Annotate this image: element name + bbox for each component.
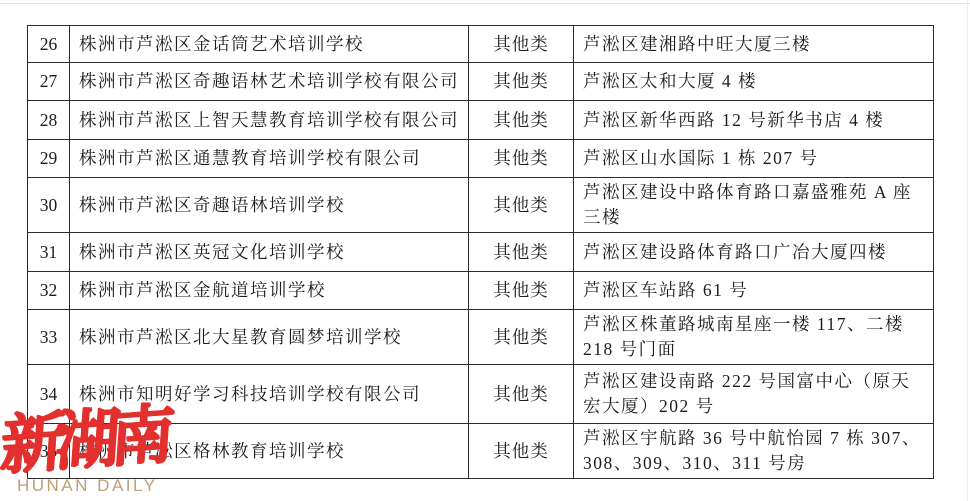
cell-school-name: 株洲市芦淞区金航道培训学校 xyxy=(70,272,469,310)
hunan-daily-logo: 新湖南 xyxy=(0,382,169,486)
table-row: 33 株洲市芦淞区北大星教育圆梦培训学校 其他类 芦淞区株董路城南星座一楼 11… xyxy=(28,310,934,365)
cell-address: 芦淞区建湘路中旺大厦三楼 xyxy=(574,26,934,63)
cell-address: 芦淞区太和大厦 4 楼 xyxy=(574,63,934,101)
cell-address: 芦淞区新华西路 12 号新华书店 4 楼 xyxy=(574,101,934,140)
cell-school-name: 株洲市芦淞区通慧教育培训学校有限公司 xyxy=(70,140,469,178)
cell-category: 其他类 xyxy=(469,424,574,479)
cell-address: 芦淞区车站路 61 号 xyxy=(574,272,934,310)
page-right-divider xyxy=(967,0,968,501)
cell-category: 其他类 xyxy=(469,26,574,63)
cell-category: 其他类 xyxy=(469,310,574,365)
page-top-divider xyxy=(0,3,970,4)
cell-category: 其他类 xyxy=(469,101,574,140)
cell-no: 32 xyxy=(28,272,70,310)
cell-school-name: 株洲市芦淞区上智天慧教育培训学校有限公司 xyxy=(70,101,469,140)
cell-no: 30 xyxy=(28,178,70,233)
cell-category: 其他类 xyxy=(469,140,574,178)
cell-address: 芦淞区建设中路体育路口嘉盛雅苑 A 座三楼 xyxy=(574,178,934,233)
cell-school-name: 株洲市芦淞区奇趣语林培训学校 xyxy=(70,178,469,233)
cell-address: 芦淞区建设南路 222 号国富中心（原天宏大厦）202 号 xyxy=(574,365,934,424)
cell-no: 33 xyxy=(28,310,70,365)
table-row: 26 株洲市芦淞区金话筒艺术培训学校 其他类 芦淞区建湘路中旺大厦三楼 xyxy=(28,26,934,63)
cell-address: 芦淞区株董路城南星座一楼 117、二楼 218 号门面 xyxy=(574,310,934,365)
cell-category: 其他类 xyxy=(469,272,574,310)
cell-address: 芦淞区建设路体育路口广冶大厦四楼 xyxy=(574,233,934,272)
cell-school-name: 株洲市芦淞区奇趣语林艺术培训学校有限公司 xyxy=(70,63,469,101)
table-row: 28 株洲市芦淞区上智天慧教育培训学校有限公司 其他类 芦淞区新华西路 12 号… xyxy=(28,101,934,140)
cell-school-name: 株洲市芦淞区北大星教育圆梦培训学校 xyxy=(70,310,469,365)
cell-no: 31 xyxy=(28,233,70,272)
table-row: 32 株洲市芦淞区金航道培训学校 其他类 芦淞区车站路 61 号 xyxy=(28,272,934,310)
cell-address: 芦淞区山水国际 1 栋 207 号 xyxy=(574,140,934,178)
cell-address: 芦淞区宇航路 36 号中航怡园 7 栋 307、308、309、310、311 … xyxy=(574,424,934,479)
cell-school-name: 株洲市芦淞区英冠文化培训学校 xyxy=(70,233,469,272)
cell-category: 其他类 xyxy=(469,233,574,272)
hunan-daily-logo-subtitle: HUNAN DAILY xyxy=(17,476,158,496)
cell-category: 其他类 xyxy=(469,365,574,424)
table-row: 29 株洲市芦淞区通慧教育培训学校有限公司 其他类 芦淞区山水国际 1 栋 20… xyxy=(28,140,934,178)
cell-no: 28 xyxy=(28,101,70,140)
cell-no: 26 xyxy=(28,26,70,63)
cell-no: 29 xyxy=(28,140,70,178)
table-row: 30 株洲市芦淞区奇趣语林培训学校 其他类 芦淞区建设中路体育路口嘉盛雅苑 A … xyxy=(28,178,934,233)
cell-school-name: 株洲市芦淞区金话筒艺术培训学校 xyxy=(70,26,469,63)
cell-no: 27 xyxy=(28,63,70,101)
cell-category: 其他类 xyxy=(469,63,574,101)
table-row: 27 株洲市芦淞区奇趣语林艺术培训学校有限公司 其他类 芦淞区太和大厦 4 楼 xyxy=(28,63,934,101)
cell-category: 其他类 xyxy=(469,178,574,233)
table-row: 31 株洲市芦淞区英冠文化培训学校 其他类 芦淞区建设路体育路口广冶大厦四楼 xyxy=(28,233,934,272)
